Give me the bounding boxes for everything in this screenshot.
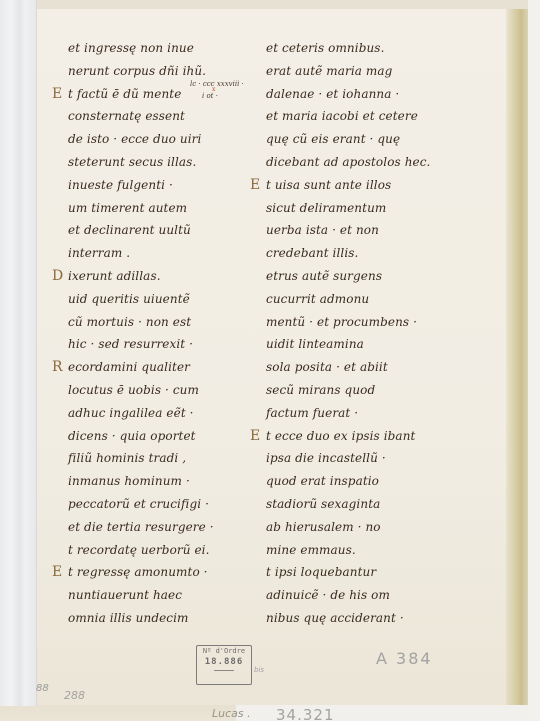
line-text: nibus quę acciderant ·: [250, 611, 404, 625]
right-text-column: et ceteris omnibus.erat autẽ maria magda…: [250, 37, 470, 630]
line-text: nerunt corpus dñi ihũ.: [52, 64, 206, 78]
stamp-number: 18.886: [197, 657, 251, 668]
manuscript-line: adinuicẽ · de his om: [250, 584, 470, 607]
line-text: mentũ · et procumbens ·: [250, 315, 417, 329]
manuscript-line: steterunt secus illas.: [52, 151, 232, 174]
manuscript-line: quę cũ eis erant · quę: [250, 128, 470, 151]
manuscript-line: Et uisa sunt ante illos: [250, 174, 470, 197]
line-text: t ecce duo ex ipsis ibant: [250, 429, 415, 443]
line-text: ab hierusalem · no: [250, 520, 381, 534]
manuscript-line: um timerent autem: [52, 197, 232, 220]
line-text: cucurrit admonu: [250, 292, 369, 306]
decorated-initial: E: [250, 425, 260, 448]
manuscript-line: mine emmaus.: [250, 539, 470, 562]
manuscript-line: dicens · quia oportet: [52, 425, 232, 448]
manuscript-line: ipsa die incastellũ ·: [250, 447, 470, 470]
manuscript-line: dalenae · et iohanna ·: [250, 83, 470, 106]
manuscript-line: etrus autẽ surgens: [250, 265, 470, 288]
manuscript-line: uerba ista · et non: [250, 219, 470, 242]
stamp-rule: [214, 670, 234, 671]
manuscript-line: et declinarent uultũ: [52, 219, 232, 242]
line-text: ipsa die incastellũ ·: [250, 451, 386, 465]
left-text-column: et ingressę non inuenerunt corpus dñi ih…: [52, 37, 232, 630]
manuscript-line: et ingressę non inue: [52, 37, 232, 60]
manuscript-line: omnia illis undecim: [52, 607, 232, 630]
line-text: adinuicẽ · de his om: [250, 588, 390, 602]
line-text: t ipsi loquebantur: [250, 565, 376, 579]
decorated-initial: E: [52, 83, 62, 106]
line-text: hic · sed resurrexit ·: [52, 337, 193, 351]
line-text: adhuc ingalilea eẽt ·: [52, 406, 194, 420]
manuscript-line: et die tertia resurgere ·: [52, 516, 232, 539]
manuscript-line: locutus ē uobis · cum: [52, 379, 232, 402]
line-text: factum fuerat ·: [250, 406, 358, 420]
line-text: uerba ista · et non: [250, 223, 379, 237]
line-text: ecordamini qualiter: [52, 360, 190, 374]
manuscript-line: quod erat inspatio: [250, 470, 470, 493]
mount-left: [0, 0, 37, 706]
manuscript-line: sicut deliramentum: [250, 197, 470, 220]
folio-left-number: 88: [36, 683, 49, 694]
line-text: consternatę essent: [52, 109, 185, 123]
manuscript-line: de isto · ecce duo uiri: [52, 128, 232, 151]
stamp-label: Nº d'Ordre: [197, 646, 251, 657]
marginal-canon-note-2: i ot ·: [202, 92, 218, 100]
manuscript-line: adhuc ingalilea eẽt ·: [52, 402, 232, 425]
line-text: nuntiauerunt haec: [52, 588, 182, 602]
line-text: dicebant ad apostolos hec.: [250, 155, 430, 169]
manuscript-line: erat autẽ maria mag: [250, 60, 470, 83]
line-text: et declinarent uultũ: [52, 223, 191, 237]
manuscript-line: Et ecce duo ex ipsis ibant: [250, 425, 470, 448]
line-text: uid queritis uiuentẽ: [52, 292, 190, 306]
line-text: stadiorũ sexaginta: [250, 497, 380, 511]
manuscript-line: nibus quę acciderant ·: [250, 607, 470, 630]
manuscript-line: sola posita · et abiit: [250, 356, 470, 379]
line-text: locutus ē uobis · cum: [52, 383, 199, 397]
line-text: de isto · ecce duo uiri: [52, 132, 201, 146]
line-text: et ceteris omnibus.: [250, 41, 384, 55]
manuscript-line: consternatę essent: [52, 105, 232, 128]
line-text: mine emmaus.: [250, 543, 356, 557]
line-text: omnia illis undecim: [52, 611, 189, 625]
manuscript-line: nuntiauerunt haec: [52, 584, 232, 607]
manuscript-line: uid queritis uiuentẽ: [52, 288, 232, 311]
manuscript-page: et ingressę non inuenerunt corpus dñi ih…: [36, 9, 528, 705]
manuscript-line: t ipsi loquebantur: [250, 561, 470, 584]
line-text: cũ mortuis · non est: [52, 315, 191, 329]
manuscript-line: peccatorũ et crucifigi ·: [52, 493, 232, 516]
line-text: dalenae · et iohanna ·: [250, 87, 399, 101]
manuscript-line: factum fuerat ·: [250, 402, 470, 425]
manuscript-line: Et regressę amonumto ·: [52, 561, 232, 584]
manuscript-line: ab hierusalem · no: [250, 516, 470, 539]
decorated-initial: E: [52, 561, 62, 584]
manuscript-line: cucurrit admonu: [250, 288, 470, 311]
line-text: t factũ ē dũ mente: [52, 87, 181, 101]
catalog-number: 34.321: [276, 706, 335, 721]
manuscript-line: Recordamini qualiter: [52, 356, 232, 379]
decorated-initial: R: [52, 356, 63, 379]
line-text: quę cũ eis erant · quę: [250, 132, 400, 146]
manuscript-line: Dixerunt adillas.: [52, 265, 232, 288]
line-text: interram .: [52, 246, 130, 260]
manuscript-line: filiũ hominis tradi ,: [52, 447, 232, 470]
manuscript-line: credebant illis.: [250, 242, 470, 265]
manuscript-line: interram .: [52, 242, 232, 265]
line-text: peccatorũ et crucifigi ·: [52, 497, 209, 511]
line-text: t recordatę uerborũ ei.: [52, 543, 210, 557]
line-text: inueste fulgenti ·: [52, 178, 173, 192]
manuscript-line: hic · sed resurrexit ·: [52, 333, 232, 356]
line-text: uidit linteamina: [250, 337, 364, 351]
line-text: t regressę amonumto ·: [52, 565, 208, 579]
line-text: sicut deliramentum: [250, 201, 386, 215]
manuscript-line: t recordatę uerborũ ei.: [52, 539, 232, 562]
line-text: et ingressę non inue: [52, 41, 194, 55]
line-text: etrus autẽ surgens: [250, 269, 382, 283]
line-text: filiũ hominis tradi ,: [52, 451, 186, 465]
manuscript-line: secũ mirans quod: [250, 379, 470, 402]
folio-pencil-number: 288: [64, 689, 85, 702]
line-text: ixerunt adillas.: [52, 269, 161, 283]
marginal-canon-note: lc · ccc xxxviii ·: [190, 80, 244, 88]
catalog-name: Lucas .: [212, 707, 251, 720]
manuscript-line: mentũ · et procumbens ·: [250, 311, 470, 334]
manuscript-line: cũ mortuis · non est: [52, 311, 232, 334]
decorated-initial: D: [52, 265, 63, 288]
decorated-initial: E: [250, 174, 260, 197]
stained-page-edge: [506, 9, 528, 705]
line-text: dicens · quia oportet: [52, 429, 196, 443]
line-text: quod erat inspatio: [250, 474, 379, 488]
line-text: et die tertia resurgere ·: [52, 520, 214, 534]
manuscript-line: uidit linteamina: [250, 333, 470, 356]
line-text: inmanus hominum ·: [52, 474, 190, 488]
line-text: t uisa sunt ante illos: [250, 178, 391, 192]
line-text: et maria iacobi et cetere: [250, 109, 418, 123]
line-text: steterunt secus illas.: [52, 155, 196, 169]
manuscript-line: inueste fulgenti ·: [52, 174, 232, 197]
manuscript-line: dicebant ad apostolos hec.: [250, 151, 470, 174]
shelfmark: A 384: [376, 649, 433, 668]
line-text: credebant illis.: [250, 246, 358, 260]
line-text: erat autẽ maria mag: [250, 64, 392, 78]
manuscript-line: et maria iacobi et cetere: [250, 105, 470, 128]
line-text: um timerent autem: [52, 201, 187, 215]
line-text: secũ mirans quod: [250, 383, 375, 397]
manuscript-line: et ceteris omnibus.: [250, 37, 470, 60]
stamp-suffix: bis: [254, 666, 264, 674]
line-text: sola posita · et abiit: [250, 360, 388, 374]
mount-right: [528, 0, 540, 721]
library-stamp: Nº d'Ordre 18.886: [196, 645, 252, 685]
manuscript-line: stadiorũ sexaginta: [250, 493, 470, 516]
manuscript-line: inmanus hominum ·: [52, 470, 232, 493]
